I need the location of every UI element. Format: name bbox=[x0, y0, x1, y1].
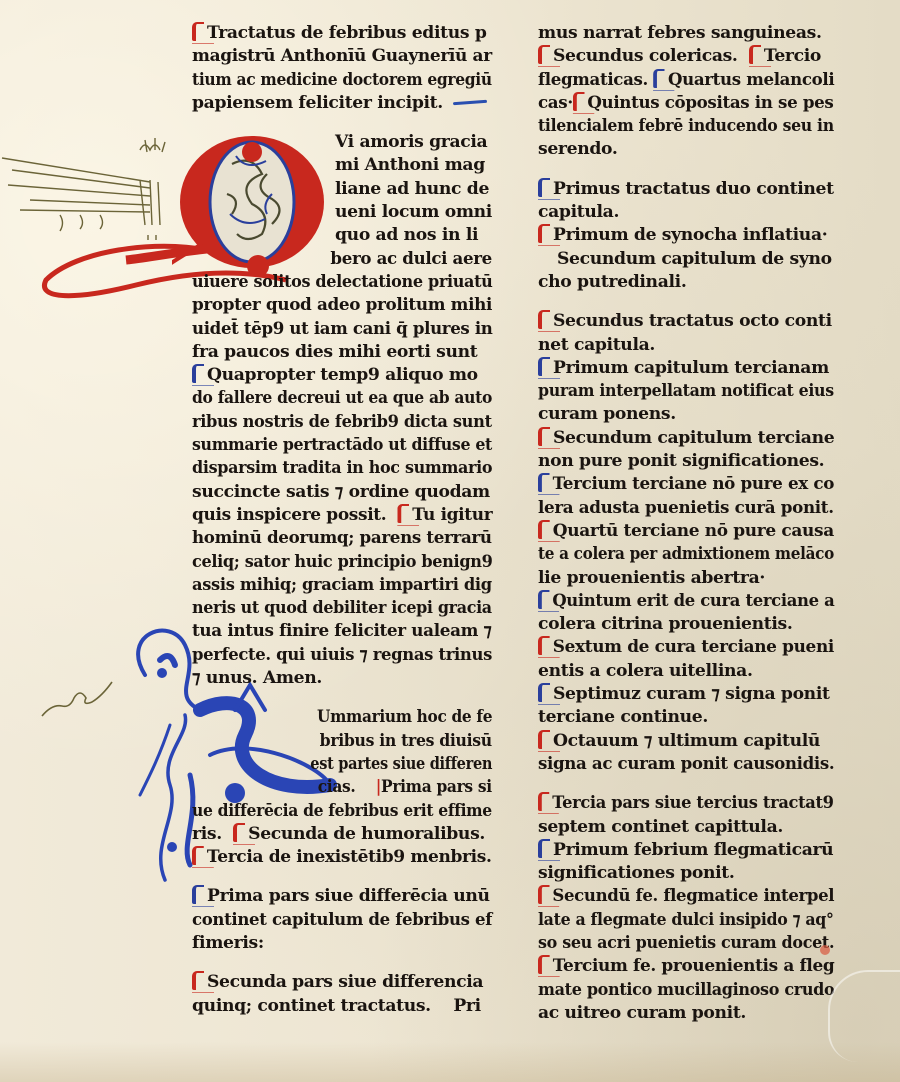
rubric-mark-icon bbox=[192, 364, 204, 383]
text-line: cas·Quintus cōpositas in se pes bbox=[538, 92, 825, 115]
text-line: te a colera per admixtionem melāco bbox=[538, 543, 800, 566]
text-line: Tercium fe. prouenientis a fleg bbox=[538, 955, 829, 978]
paper-edge-stain bbox=[0, 1042, 900, 1082]
text-line: propter quod adeo prolitum mihi bbox=[192, 294, 485, 317]
text-line: signa ac curam ponit causonidis. bbox=[538, 753, 824, 776]
title-line: tium ac medicine doctorem egregiū bbox=[192, 69, 462, 92]
text-line: cias. |Prima pars si bbox=[192, 776, 461, 799]
rubric-mark-icon bbox=[538, 839, 550, 858]
text-line: Ummarium hoc de fe bbox=[192, 706, 460, 729]
title-line: magistrū Anthonīū Guaynerīū ar bbox=[192, 45, 488, 68]
rubric-mark-icon bbox=[538, 45, 550, 64]
text-line: celiq; sator huic principio benign9 bbox=[192, 551, 473, 574]
text-line: serendo. bbox=[538, 138, 834, 161]
text-line: ueni locum omni bbox=[192, 201, 492, 224]
text-line: Secundus colericas. Tercio bbox=[538, 45, 834, 68]
text-line: Quartū terciane nō pure causa bbox=[538, 520, 830, 543]
rubric-mark-icon bbox=[397, 504, 409, 523]
right-column: mus narrat febres sanguineas. Secundus c… bbox=[538, 22, 834, 1025]
text-line: Secundum capitulum de syno bbox=[538, 248, 834, 271]
text-line: bribus in tres diuisū bbox=[192, 730, 466, 753]
rubric-mark-icon bbox=[653, 69, 665, 88]
text-line: Septimuz curam ⁊ signa ponit bbox=[538, 683, 834, 706]
rubric-mark-icon bbox=[749, 45, 761, 64]
text-line: Quapropter temp9 aliquo mo bbox=[192, 364, 492, 387]
rubric-mark-icon bbox=[538, 590, 549, 609]
text-line: quis inspicere possit. Tu igitur bbox=[192, 504, 488, 527]
text-line: septem continet capittula. bbox=[538, 816, 834, 839]
rubric-mark-icon bbox=[538, 310, 550, 329]
rubric-mark-icon bbox=[538, 178, 550, 197]
pen-flourish-doodle-icon bbox=[0, 130, 175, 240]
text-line: Sextum de cura terciane pueni bbox=[538, 636, 829, 659]
text-line: significationes ponit. bbox=[538, 862, 834, 885]
ink-stain bbox=[820, 945, 830, 955]
rubric-mark-icon bbox=[192, 22, 204, 41]
text-line: Primum capitulum tercianam bbox=[538, 357, 834, 380]
text-line: mus narrat febres sanguineas. bbox=[538, 22, 834, 45]
text-line: late a flegmate dulci insipido ⁊ aq° bbox=[538, 909, 810, 932]
blue-line-filler-icon bbox=[453, 100, 487, 105]
text-line: assis mihiq; graciam impartiri dig bbox=[192, 574, 476, 597]
text-line: Tercia pars siue tercius tractat9 bbox=[538, 792, 818, 815]
text-line: tilencialem febrē inducendo seu in bbox=[538, 115, 809, 138]
rubric-mark-icon bbox=[538, 357, 550, 376]
text-line: liane ad hunc de bbox=[192, 178, 492, 201]
title-line: papiensem feliciter incipit. bbox=[192, 92, 492, 115]
text-line: so seu acri puenietis curam docet. bbox=[538, 932, 813, 955]
text-line: Tercium terciane nō pure ex co bbox=[538, 473, 826, 496]
text-line: Quintum erit de cura terciane a bbox=[538, 590, 821, 613]
text-line: net capitula. bbox=[538, 334, 834, 357]
text-line: lie prouenientis abertra· bbox=[538, 567, 834, 590]
pen-flourish-small-icon bbox=[40, 680, 120, 720]
rubric-mark-icon bbox=[192, 846, 204, 865]
text-line: ue differēcia de febribus erit effime bbox=[192, 800, 463, 823]
text-line: succincte satis ⁊ ordine quodam bbox=[192, 481, 492, 504]
text-line: curam ponens. bbox=[538, 403, 834, 426]
text-line: quinq; continet tractatus. Pri bbox=[192, 995, 492, 1018]
left-column: Tractatus de febribus editus p magistrū … bbox=[192, 22, 492, 1018]
text-line: quo ad nos in li bbox=[192, 224, 492, 247]
rubric-mark-icon bbox=[538, 473, 550, 492]
text-line: Primus tractatus duo continet bbox=[538, 178, 834, 201]
text-line: Secundū fe. flegmatice interpel bbox=[538, 885, 822, 908]
text-line: summarie pertractādo ut diffuse et bbox=[192, 434, 467, 457]
text-line: capitula. bbox=[538, 201, 834, 224]
title-line: Tractatus de febribus editus p bbox=[192, 22, 492, 45]
rubric-mark-icon bbox=[538, 427, 550, 446]
text-line: Primum de synocha inflatiua· bbox=[538, 224, 834, 247]
text-line: mi Anthoni mag bbox=[192, 154, 492, 177]
manuscript-page: Tractatus de febribus editus p magistrū … bbox=[0, 0, 900, 1082]
rubric-mark-icon bbox=[192, 971, 204, 990]
text-line: non pure ponit significationes. bbox=[538, 450, 834, 473]
rubric-mark-icon bbox=[538, 224, 550, 243]
text-line: tua intus finire feliciter ualeam ⁊ bbox=[192, 620, 485, 643]
text-line: Prima pars siue differēcia unū bbox=[192, 885, 492, 908]
text-line: Tercia de inexistētib9 menbris. bbox=[192, 846, 489, 869]
rubric-mark-icon bbox=[538, 955, 550, 974]
rubric-mark-icon bbox=[233, 823, 245, 842]
text-line: Vi amoris gracia bbox=[192, 131, 492, 154]
text-line: lera adusta puenietis curā ponit. bbox=[538, 497, 826, 520]
text-line: cho putredinali. bbox=[538, 271, 834, 294]
rubric-mark-icon bbox=[192, 885, 204, 904]
text-line: flegmaticas. Quartus melancoli bbox=[538, 69, 824, 92]
text-line: Secundum capitulum terciane bbox=[538, 427, 834, 450]
text-line: Primum febrium flegmaticarū bbox=[538, 839, 834, 862]
text-line: ac uitreo curam ponit. bbox=[538, 1002, 834, 1025]
text-line: Octauum ⁊ ultimum capitulū bbox=[538, 730, 834, 753]
text-line: uiuere solitos delectatione priuatū bbox=[192, 271, 472, 294]
rubric-mark-icon bbox=[538, 730, 550, 749]
text-line: fimeris: bbox=[192, 932, 492, 955]
text-line: ribus nostris de febrib9 dicta sunt bbox=[192, 411, 475, 434]
rubric-mark-icon bbox=[538, 885, 550, 904]
text-line: entis a colera uitellina. bbox=[538, 660, 834, 683]
text-line: puram interpellatam notificat eius bbox=[538, 380, 810, 403]
text-line: disparsim tradita in hoc summario bbox=[192, 457, 471, 480]
text-line: ris. Secunda de humoralibus. bbox=[192, 823, 492, 846]
text-line: ⁊ unus. Amen. bbox=[192, 667, 492, 690]
rubric-mark-icon bbox=[538, 792, 549, 811]
text-line: continet capitulum de febribus ef bbox=[192, 909, 481, 932]
text-line: fra paucos dies mihi eorti sunt bbox=[192, 341, 492, 364]
text-line: colera citrina prouenientis. bbox=[538, 613, 834, 636]
text-line: est partes siue differen bbox=[192, 753, 446, 776]
text-line: mate pontico mucillaginoso crudo bbox=[538, 979, 814, 1002]
text-line: uidet̄ tēp9 ut iam cani q̄ plures in bbox=[192, 318, 482, 341]
text-line: Secunda pars siue differencia bbox=[192, 971, 492, 994]
text-line: neris ut quod debiliter icepi gracia bbox=[192, 597, 470, 620]
rubric-mark-icon bbox=[573, 92, 585, 111]
rubric-mark-icon bbox=[538, 636, 550, 655]
rubric-mark-icon bbox=[538, 683, 550, 702]
rubric-mark-icon bbox=[538, 520, 550, 539]
text-line: do fallere decreui ut ea que ab auto bbox=[192, 387, 463, 410]
text-line: Secundus tractatus octo conti bbox=[538, 310, 834, 333]
text-line: hominū deorumq; parens terrarū bbox=[192, 527, 483, 550]
text-line: bero ac dulci aere bbox=[192, 248, 482, 271]
text-line: terciane continue. bbox=[538, 706, 834, 729]
text-line: perfecte. qui uiuis ⁊ regnas trinus bbox=[192, 644, 479, 667]
